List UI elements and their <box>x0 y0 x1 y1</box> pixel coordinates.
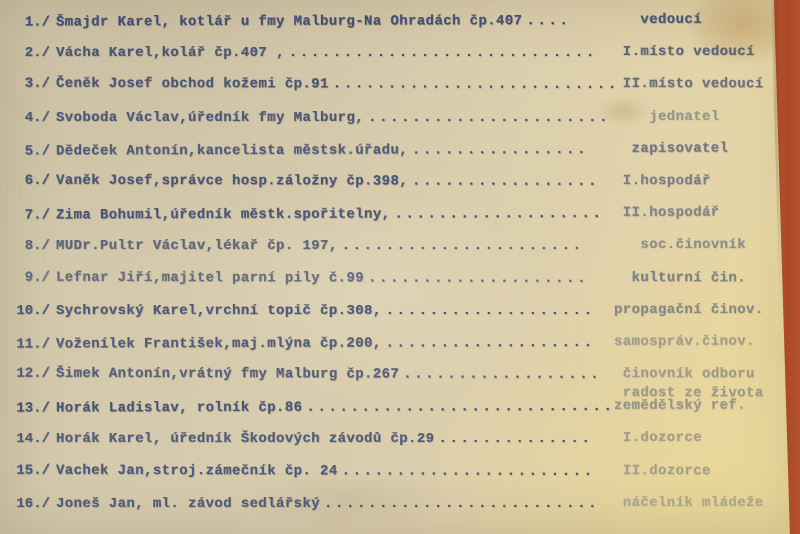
entry-role: II.místo vedoucí <box>614 75 764 94</box>
entry-role: soc.činovník <box>614 236 746 255</box>
entry-role-line1: II.hospodář <box>614 205 720 221</box>
entry-role: I.místo vedoucí <box>614 43 755 62</box>
entry-name-and-occupation: Vachek Jan,stroj.zámečník čp. 24 <box>56 462 338 479</box>
dot-leader: ......................... <box>324 496 599 512</box>
dot-leader: ................ <box>412 142 588 158</box>
entry-role-line1: propagační činov. <box>614 302 764 318</box>
entry-role-line1: II.dozorce <box>614 463 711 479</box>
entry-number: 5./ <box>12 143 50 159</box>
entry-role: propagační činov. <box>614 301 764 320</box>
dot-leader: .................. <box>403 367 601 383</box>
dot-leader: ....................... <box>342 463 595 480</box>
list-item: 3./Čeněk Josef obchod kožemi čp.91......… <box>0 74 800 108</box>
list-item: 8./MUDr.Pultr Václav,lékař čp. 197,.....… <box>0 236 800 268</box>
entry-role: náčelník mládeže <box>614 494 764 513</box>
entry-name-and-occupation: Joneš Jan, ml. závod sedlářský <box>56 496 320 512</box>
dot-leader: ...................... <box>342 238 584 254</box>
entry-number: 3./ <box>12 76 50 92</box>
dot-leader: .............. <box>438 431 592 447</box>
list-item: 1./Šmajdr Karel, kotlář u fmy Malburg-Na… <box>0 10 800 44</box>
entry-role-line1: kulturní čin. <box>614 269 746 285</box>
entry-name-and-occupation: Šimek Antonín,vrátný fmy Malburg čp.267 <box>56 366 399 383</box>
entry-number: 14./ <box>12 431 50 447</box>
entry-role-line1: I.dozorce <box>614 430 702 446</box>
entry-role: vedoucí <box>614 11 702 30</box>
dot-leader: ................. <box>412 173 599 189</box>
entry-name-and-occupation: Horák Ladislav, rolník čp.86 <box>56 400 302 417</box>
entry-name-and-occupation: Šmajdr Karel, kotlář u fmy Malburg-Na Oh… <box>56 13 523 30</box>
entries-list: 1./Šmajdr Karel, kotlář u fmy Malburg-Na… <box>0 11 800 526</box>
entry-name-and-occupation: Sychrovský Karel,vrchní topič čp.308, <box>56 303 382 319</box>
entry-number: 16./ <box>12 496 50 512</box>
entry-number: 2./ <box>12 45 50 61</box>
list-item: 9./Lefnar Jiří,majitel parní pily č.99..… <box>0 267 800 301</box>
entry-number: 6./ <box>12 173 50 189</box>
dot-leader: ................... <box>386 335 595 352</box>
list-item: 12./Šimek Antonín,vrátný fmy Malburg čp.… <box>0 364 800 398</box>
entry-role: II.hospodář <box>614 204 720 223</box>
entry-name-and-occupation: Voženílek František,maj.mlýna čp.200, <box>56 335 382 352</box>
entry-role: zemědělský ref. <box>614 397 746 416</box>
list-item: 6./Vaněk Josef,správce hosp.záložny čp.3… <box>0 171 800 205</box>
list-item: 13./Horák Ladislav, rolník čp.86........… <box>0 397 800 431</box>
dot-leader: ...................... <box>368 110 610 126</box>
dot-leader: ................... <box>386 303 595 319</box>
list-item: 5./Dědeček Antonín,kancelista městsk.úřa… <box>0 139 800 173</box>
dot-leader: ............................ <box>306 399 614 416</box>
entry-number: 9./ <box>12 269 50 285</box>
entry-role-line1: zapisovatel <box>614 140 728 156</box>
entry-name-and-occupation: Čeněk Josef obchod kožemi čp.91 <box>56 76 329 93</box>
dot-leader: ................... <box>394 206 603 223</box>
entry-role: jednatel <box>614 108 720 127</box>
list-item: 15./Vachek Jan,stroj.zámečník čp. 24....… <box>0 460 800 494</box>
entry-role-line1: náčelník mládeže <box>614 495 764 511</box>
list-item: 11./Voženílek František,maj.mlýna čp.200… <box>0 332 800 366</box>
entry-role: zapisovatel <box>614 139 728 158</box>
entry-number: 13./ <box>12 401 50 417</box>
entry-role: samospráv.činov. <box>614 332 755 351</box>
entry-role: kulturní čin. <box>614 268 746 287</box>
list-item: 16./Joneš Jan, ml. závod sedlářský......… <box>0 494 800 526</box>
entry-number: 4./ <box>12 110 50 126</box>
entry-name-and-occupation: Svoboda Václav,úředník fmy Malburg, <box>56 110 364 126</box>
entry-name-and-occupation: Dědeček Antonín,kancelista městsk.úřadu, <box>56 142 408 159</box>
entry-number: 7./ <box>12 208 50 224</box>
dot-leader: .......................... <box>333 77 619 94</box>
entry-role-line1: vedoucí <box>614 12 702 28</box>
entry-name-and-occupation: Lefnar Jiří,majitel parní pily č.99 <box>56 269 364 286</box>
entry-number: 15./ <box>12 462 50 478</box>
entry-role-line1: I.hospodář <box>614 173 711 189</box>
entry-role: II.dozorce <box>614 462 711 481</box>
entry-role-line1: samospráv.činov. <box>614 333 755 349</box>
entry-name-and-occupation: Vaněk Josef,správce hosp.záložny čp.398, <box>56 173 408 190</box>
dot-leader: ............................ <box>289 45 597 61</box>
list-item: 2./Vácha Karel,kolář čp.407 ,...........… <box>0 43 800 75</box>
list-item: 4./Svoboda Václav,úředník fmy Malburg,..… <box>0 108 800 140</box>
entry-name-and-occupation: Zima Bohumil,úředník městk.spořitelny, <box>56 207 390 224</box>
entry-role-line1: II.místo vedoucí <box>614 76 764 92</box>
list-item: 14./Horák Karel, úředník Škodových závod… <box>0 429 800 461</box>
entry-number: 1./ <box>12 14 50 30</box>
entry-role-line1: I.místo vedoucí <box>614 44 755 60</box>
list-item: 10./Sychrovský Karel,vrchní topič čp.308… <box>0 301 800 333</box>
dot-leader: .... <box>526 13 570 29</box>
entry-role-line1: jednatel <box>614 109 720 125</box>
entry-role: I.hospodář <box>614 172 711 191</box>
entry-role: I.dozorce <box>614 429 702 448</box>
dot-leader: .................... <box>368 270 588 286</box>
entry-role-line1: činovník odboru <box>614 366 755 382</box>
entry-number: 11./ <box>12 336 50 352</box>
entry-number: 10./ <box>12 303 50 319</box>
scanned-document-page: 1./Šmajdr Karel, kotlář u fmy Malburg-Na… <box>0 0 800 534</box>
entry-number: 12./ <box>12 366 50 382</box>
entry-name-and-occupation: Vácha Karel,kolář čp.407 , <box>56 45 285 61</box>
entry-name-and-occupation: MUDr.Pultr Václav,lékař čp. 197, <box>56 238 338 254</box>
entry-number: 8./ <box>12 238 50 254</box>
entry-name-and-occupation: Horák Karel, úředník Škodových závodů čp… <box>56 431 434 447</box>
list-item: 7./Zima Bohumil,úředník městk.spořitelny… <box>0 204 800 238</box>
entry-role-line1: soc.činovník <box>614 237 746 253</box>
entry-role-line1: zemědělský ref. <box>614 398 746 414</box>
